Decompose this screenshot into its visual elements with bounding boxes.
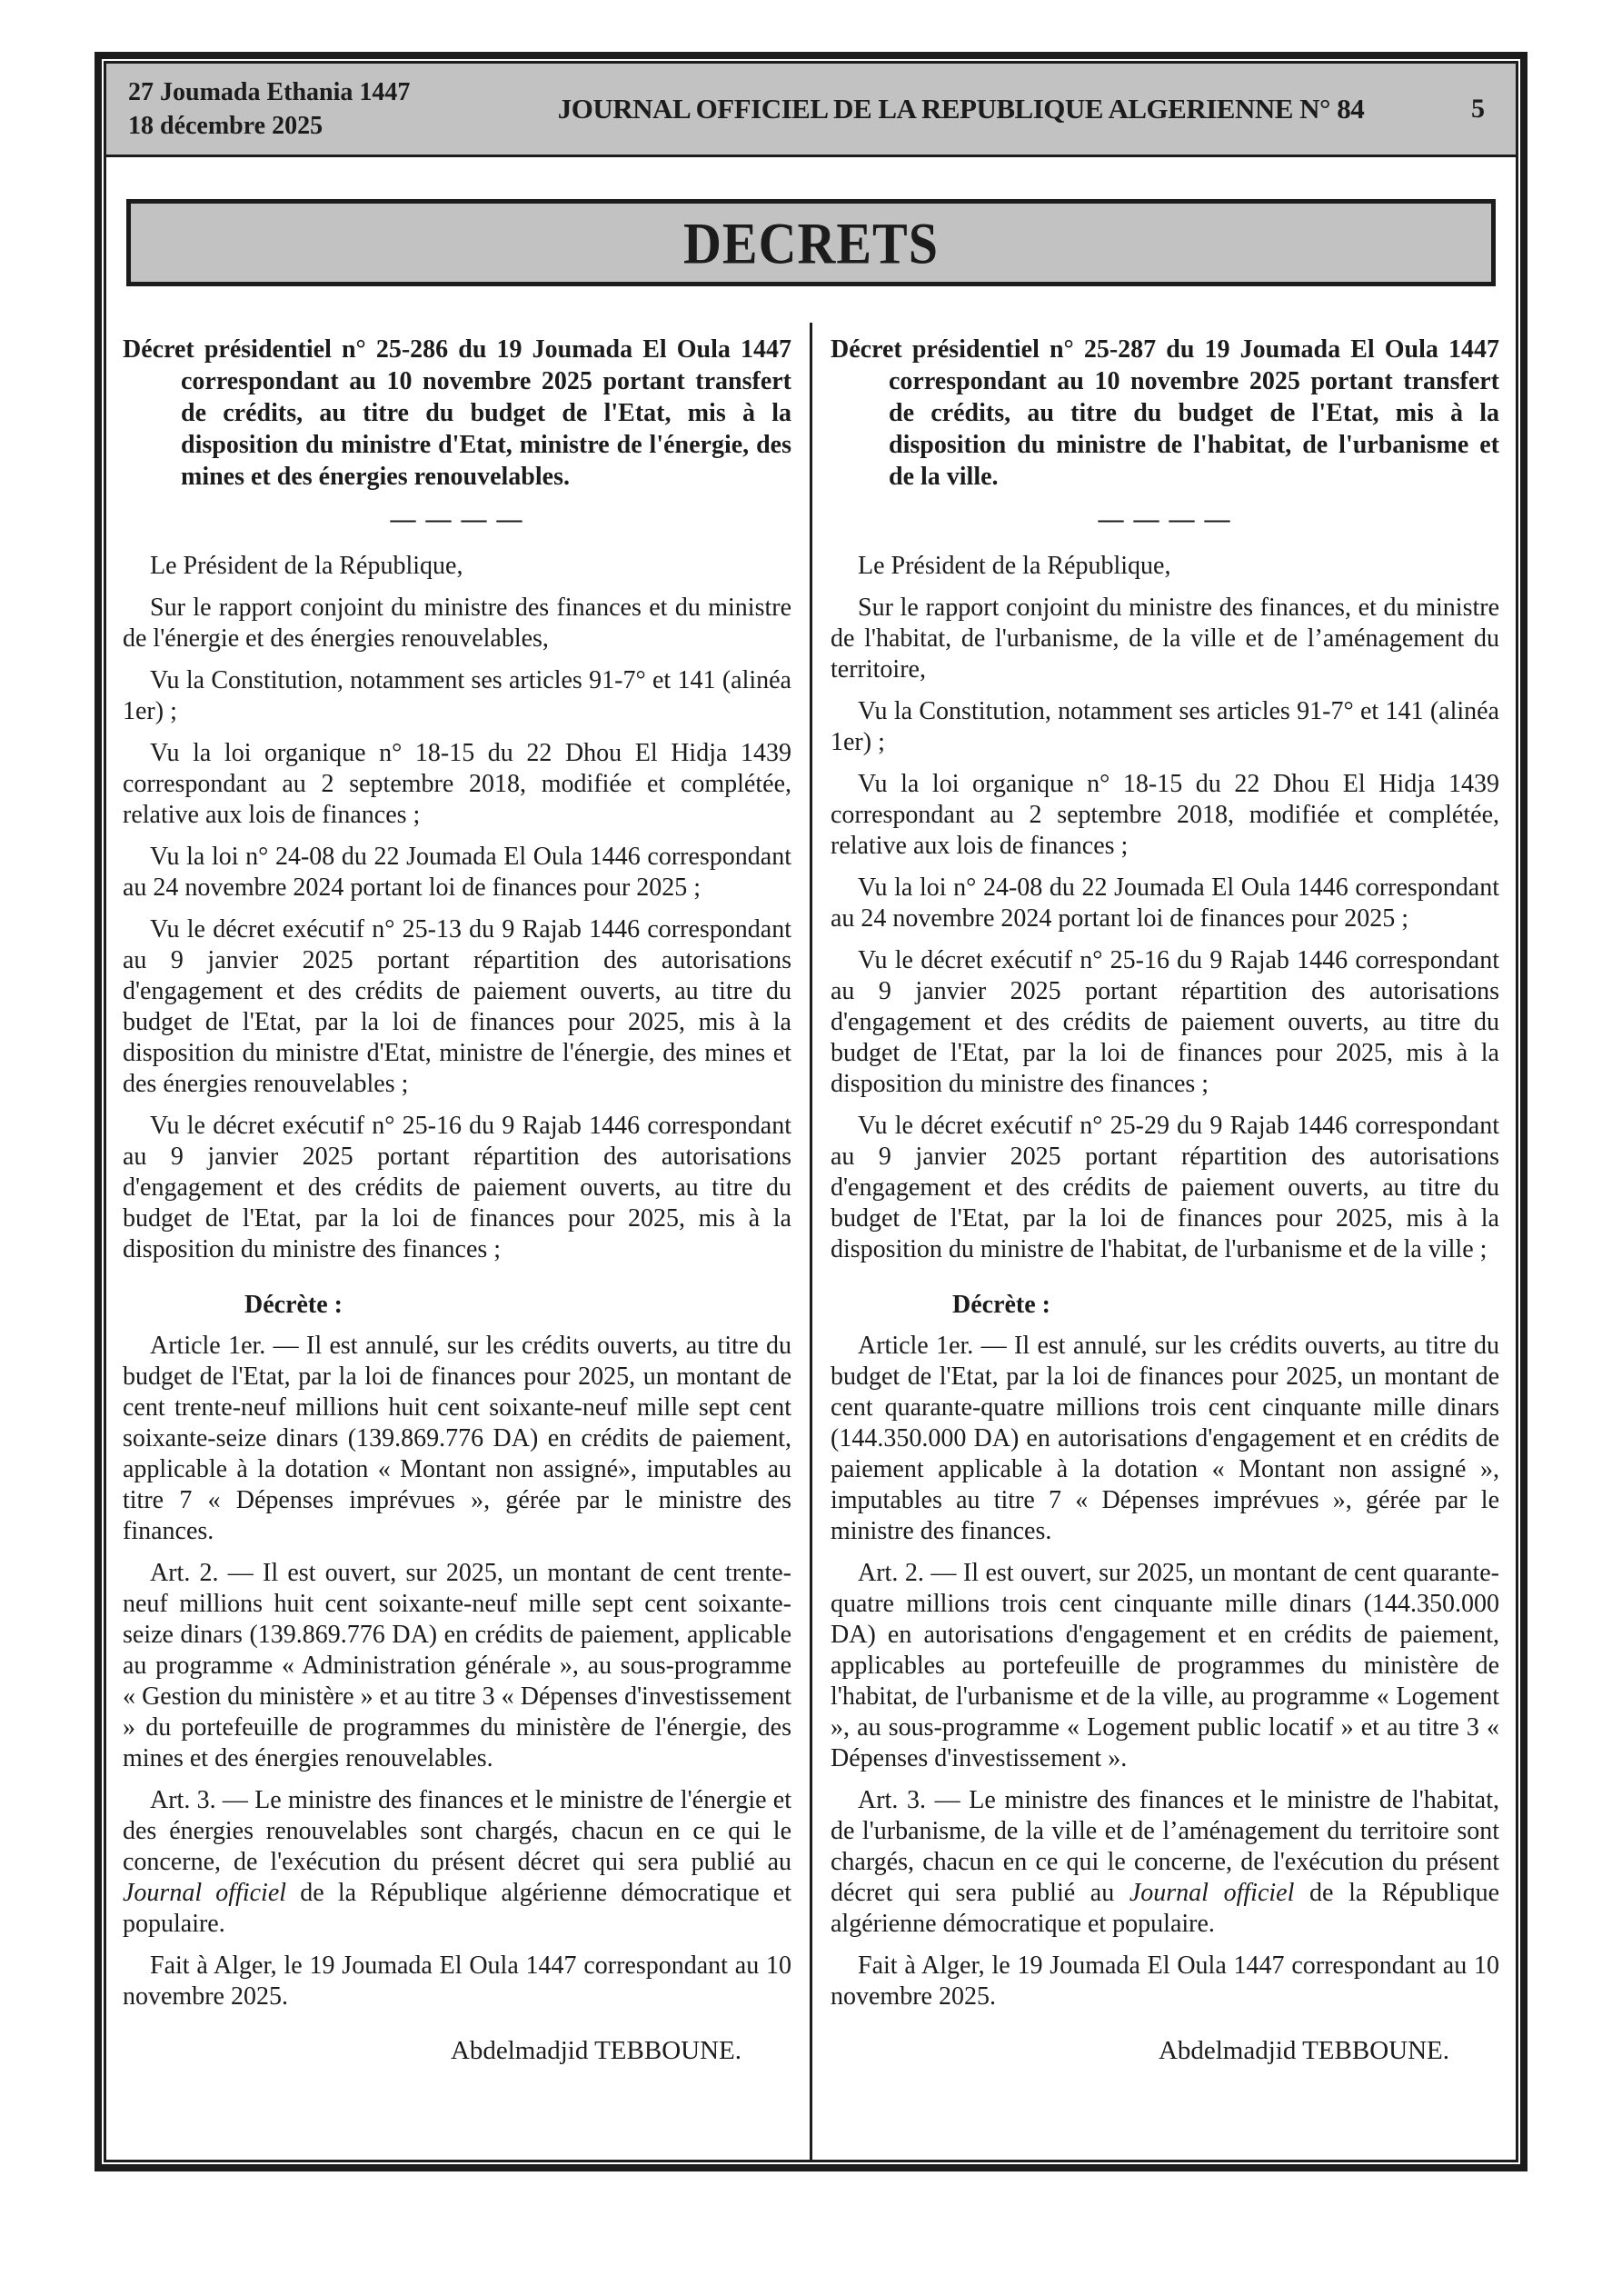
masthead-journal-title: JOURNAL OFFICIEL DE LA REPUBLIQUE ALGERI…: [510, 93, 1412, 125]
vu-clause: Vu la loi n° 24-08 du 22 Joumada El Oula…: [123, 842, 791, 903]
report-paragraph: Sur le rapport conjoint du ministre des …: [123, 593, 791, 654]
article-2: Art. 2. — Il est ouvert, sur 2025, un mo…: [831, 1558, 1499, 1774]
masthead-date-block: 27 Joumada Ethania 1447 18 décembre 2025: [128, 75, 510, 143]
journal-officiel-italic: Journal officiel: [1129, 1879, 1295, 1907]
page-frame-inner: 27 Joumada Ethania 1447 18 décembre 2025…: [104, 61, 1518, 2162]
vu-clause: Vu le décret exécutif n° 25-13 du 9 Raja…: [123, 914, 791, 1100]
article-3: Art. 3. — Le ministre des finances et le…: [831, 1785, 1499, 1940]
decree-title: Décret présidentiel n° 25-287 du 19 Joum…: [831, 334, 1499, 493]
masthead: 27 Joumada Ethania 1447 18 décembre 2025…: [106, 64, 1516, 157]
decrete-label: Décrète :: [244, 1291, 791, 1320]
article-1: Article 1er. — Il est annulé, sur les cr…: [123, 1331, 791, 1547]
section-banner-title: DECRETS: [683, 208, 939, 276]
title-separator: — — — —: [123, 505, 791, 534]
vu-clause: Vu la loi n° 24-08 du 22 Joumada El Oula…: [831, 873, 1499, 934]
vu-clause: Vu la Constitution, notamment ses articl…: [123, 665, 791, 727]
masthead-page-number: 5: [1412, 94, 1494, 125]
article-1: Article 1er. — Il est annulé, sur les cr…: [831, 1331, 1499, 1547]
vu-clause: Vu la Constitution, notamment ses articl…: [831, 696, 1499, 758]
vu-clause: Vu le décret exécutif n° 25-29 du 9 Raja…: [831, 1111, 1499, 1265]
decrees-columns: Décret présidentiel n° 25-286 du 19 Joum…: [106, 323, 1516, 2160]
masthead-gregorian-date: 18 décembre 2025: [128, 109, 510, 143]
article-2: Art. 2. — Il est ouvert, sur 2025, un mo…: [123, 1558, 791, 1774]
article-3-text: Art. 3. — Le ministre des finances et le…: [123, 1786, 791, 1876]
decree-title: Décret présidentiel n° 25-286 du 19 Joum…: [123, 334, 791, 493]
title-separator: — — — —: [831, 505, 1499, 534]
journal-officiel-italic: Journal officiel: [123, 1879, 286, 1907]
signature: Abdelmadjid TEBBOUNE.: [831, 2036, 1499, 2066]
section-banner: DECRETS: [126, 199, 1496, 286]
vu-clause: Vu le décret exécutif n° 25-16 du 9 Raja…: [831, 945, 1499, 1100]
article-3: Art. 3. — Le ministre des finances et le…: [123, 1785, 791, 1940]
vu-clause: Vu le décret exécutif n° 25-16 du 9 Raja…: [123, 1111, 791, 1265]
fait-paragraph: Fait à Alger, le 19 Joumada El Oula 1447…: [831, 1951, 1499, 2012]
journal-page: { "colors": { "ink": "#1c1c1c", "panel_g…: [0, 0, 1622, 2296]
fait-paragraph: Fait à Alger, le 19 Joumada El Oula 1447…: [123, 1951, 791, 2012]
decrete-label: Décrète :: [952, 1291, 1499, 1320]
page-frame: 27 Joumada Ethania 1447 18 décembre 2025…: [95, 52, 1527, 2171]
intro-paragraph: Le Président de la République,: [123, 551, 791, 582]
vu-clause: Vu la loi organique n° 18-15 du 22 Dhou …: [831, 769, 1499, 862]
intro-paragraph: Le Président de la République,: [831, 551, 1499, 582]
decree-column-left: Décret présidentiel n° 25-286 du 19 Joum…: [123, 323, 810, 2160]
masthead-hijri-date: 27 Joumada Ethania 1447: [128, 75, 510, 109]
decree-column-right: Décret présidentiel n° 25-287 du 19 Joum…: [812, 323, 1499, 2160]
signature: Abdelmadjid TEBBOUNE.: [123, 2036, 791, 2066]
report-paragraph: Sur le rapport conjoint du ministre des …: [831, 593, 1499, 685]
vu-clause: Vu la loi organique n° 18-15 du 22 Dhou …: [123, 738, 791, 831]
